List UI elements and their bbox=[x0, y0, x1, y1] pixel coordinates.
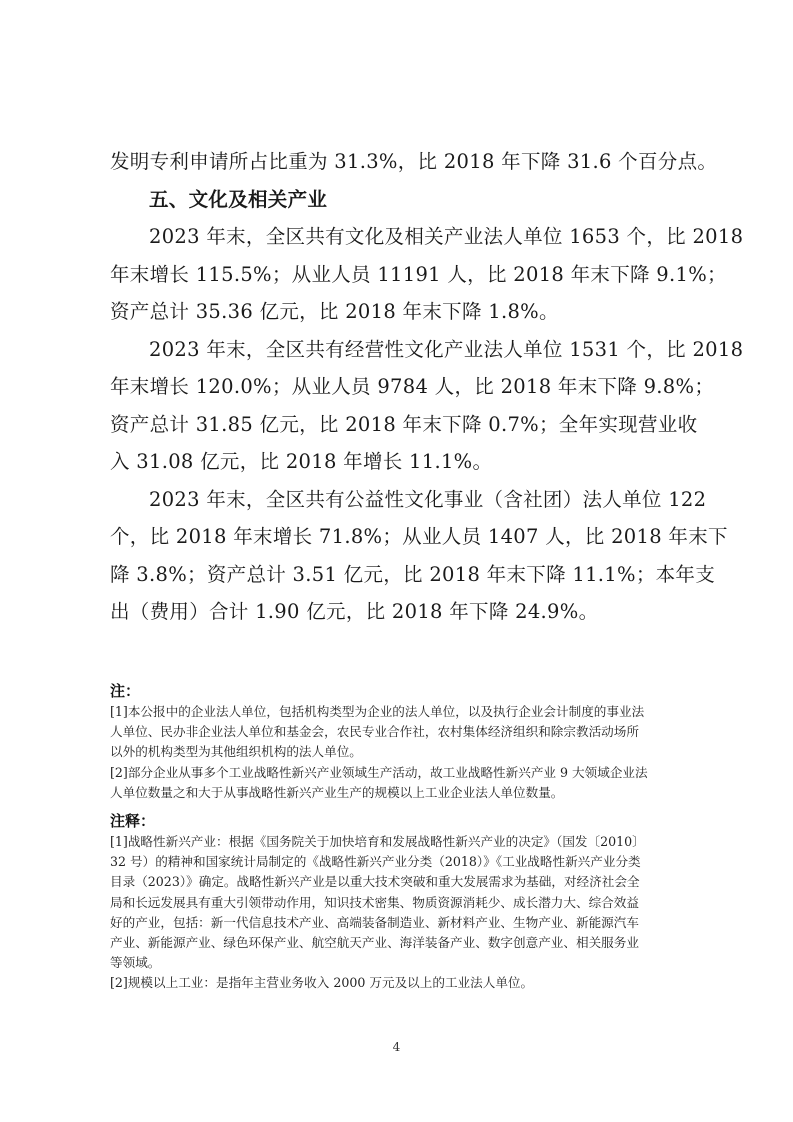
note-line: 以外的机构类型为其他组织机构的法人单位。 bbox=[110, 742, 695, 762]
body-line: 降 3.8%；资产总计 3.51 亿元，比 2018 年末下降 11.1%；本年… bbox=[110, 556, 695, 594]
body-line: 发明专利申请所占比重为 31.3%，比 2018 年下降 31.6 个百分点。 bbox=[110, 143, 695, 181]
body-text: 发明专利申请所占比重为 31.3%，比 2018 年下降 31.6 个百分点。 … bbox=[110, 143, 695, 631]
body-line: 入 31.08 亿元，比 2018 年增长 11.1%。 bbox=[110, 443, 695, 481]
notes-title: 注： bbox=[110, 680, 695, 702]
body-line: 出（费用）合计 1.90 亿元，比 2018 年下降 24.9%。 bbox=[110, 593, 695, 631]
annotation-line: 产业、新能源产业、绿色环保产业、航空航天产业、海洋装备产业、数字创意产业、相关服… bbox=[110, 933, 695, 953]
note-line: [1]本公报中的企业法人单位，包括机构类型为企业的法人单位，以及执行企业会计制度… bbox=[110, 702, 695, 722]
body-line: 个，比 2018 年末增长 71.8%；从业人员 1407 人，比 2018 年… bbox=[110, 518, 695, 556]
page-number: 4 bbox=[0, 1040, 793, 1054]
notes-section: 注： [1]本公报中的企业法人单位，包括机构类型为企业的法人单位，以及执行企业会… bbox=[110, 680, 695, 803]
annotation-line: [1]战略性新兴产业：根据《国务院关于加快培育和发展战略性新兴产业的决定》（国发… bbox=[110, 832, 695, 852]
annotation-line: 目录（2023）》确定。战略性新兴产业是以重大技术突破和重大发展需求为基础，对经… bbox=[110, 872, 695, 892]
body-line: 年末增长 115.5%；从业人员 11191 人，比 2018 年末下降 9.1… bbox=[110, 256, 695, 294]
body-line: 资产总计 35.36 亿元，比 2018 年末下降 1.8%。 bbox=[110, 293, 695, 331]
annotation-line: [2]规模以上工业：是指年主营业务收入 2000 万元及以上的工业法人单位。 bbox=[110, 973, 695, 993]
annotation-line: 好的产业，包括：新一代信息技术产业、高端装备制造业、新材料产业、生物产业、新能源… bbox=[110, 913, 695, 933]
annotations-section: 注释： [1]战略性新兴产业：根据《国务院关于加快培育和发展战略性新兴产业的决定… bbox=[110, 810, 695, 994]
annotation-line: 等领域。 bbox=[110, 953, 695, 973]
note-line: [2]部分企业从事多个工业战略性新兴产业领域生产活动，故工业战略性新兴产业 9 … bbox=[110, 763, 695, 783]
annotation-line: 局和长远发展具有重大引领带动作用，知识技术密集、物质资源消耗少、成长潜力大、综合… bbox=[110, 893, 695, 913]
body-line: 2023 年末，全区共有公益性文化事业（含社团）法人单位 122 bbox=[110, 481, 695, 519]
annotations-title: 注释： bbox=[110, 810, 695, 832]
document-page: 发明专利申请所占比重为 31.3%，比 2018 年下降 31.6 个百分点。 … bbox=[0, 0, 793, 1122]
note-line: 人单位、民办非企业法人单位和基金会，农民专业合作社，农村集体经济组织和除宗教活动… bbox=[110, 722, 695, 742]
note-line: 人单位数量之和大于从事战略性新兴产业生产的规模以上工业企业法人单位数量。 bbox=[110, 783, 695, 803]
section-heading: 五、文化及相关产业 bbox=[110, 181, 695, 219]
body-line: 年末增长 120.0%；从业人员 9784 人，比 2018 年末下降 9.8%… bbox=[110, 368, 695, 406]
annotation-line: 32 号）的精神和国家统计局制定的《战略性新兴产业分类（2018）》《工业战略性… bbox=[110, 852, 695, 872]
body-line: 2023 年末，全区共有文化及相关产业法人单位 1653 个，比 2018 bbox=[110, 218, 695, 256]
body-line: 2023 年末，全区共有经营性文化产业法人单位 1531 个，比 2018 bbox=[110, 331, 695, 369]
body-line: 资产总计 31.85 亿元，比 2018 年末下降 0.7%；全年实现营业收 bbox=[110, 406, 695, 444]
